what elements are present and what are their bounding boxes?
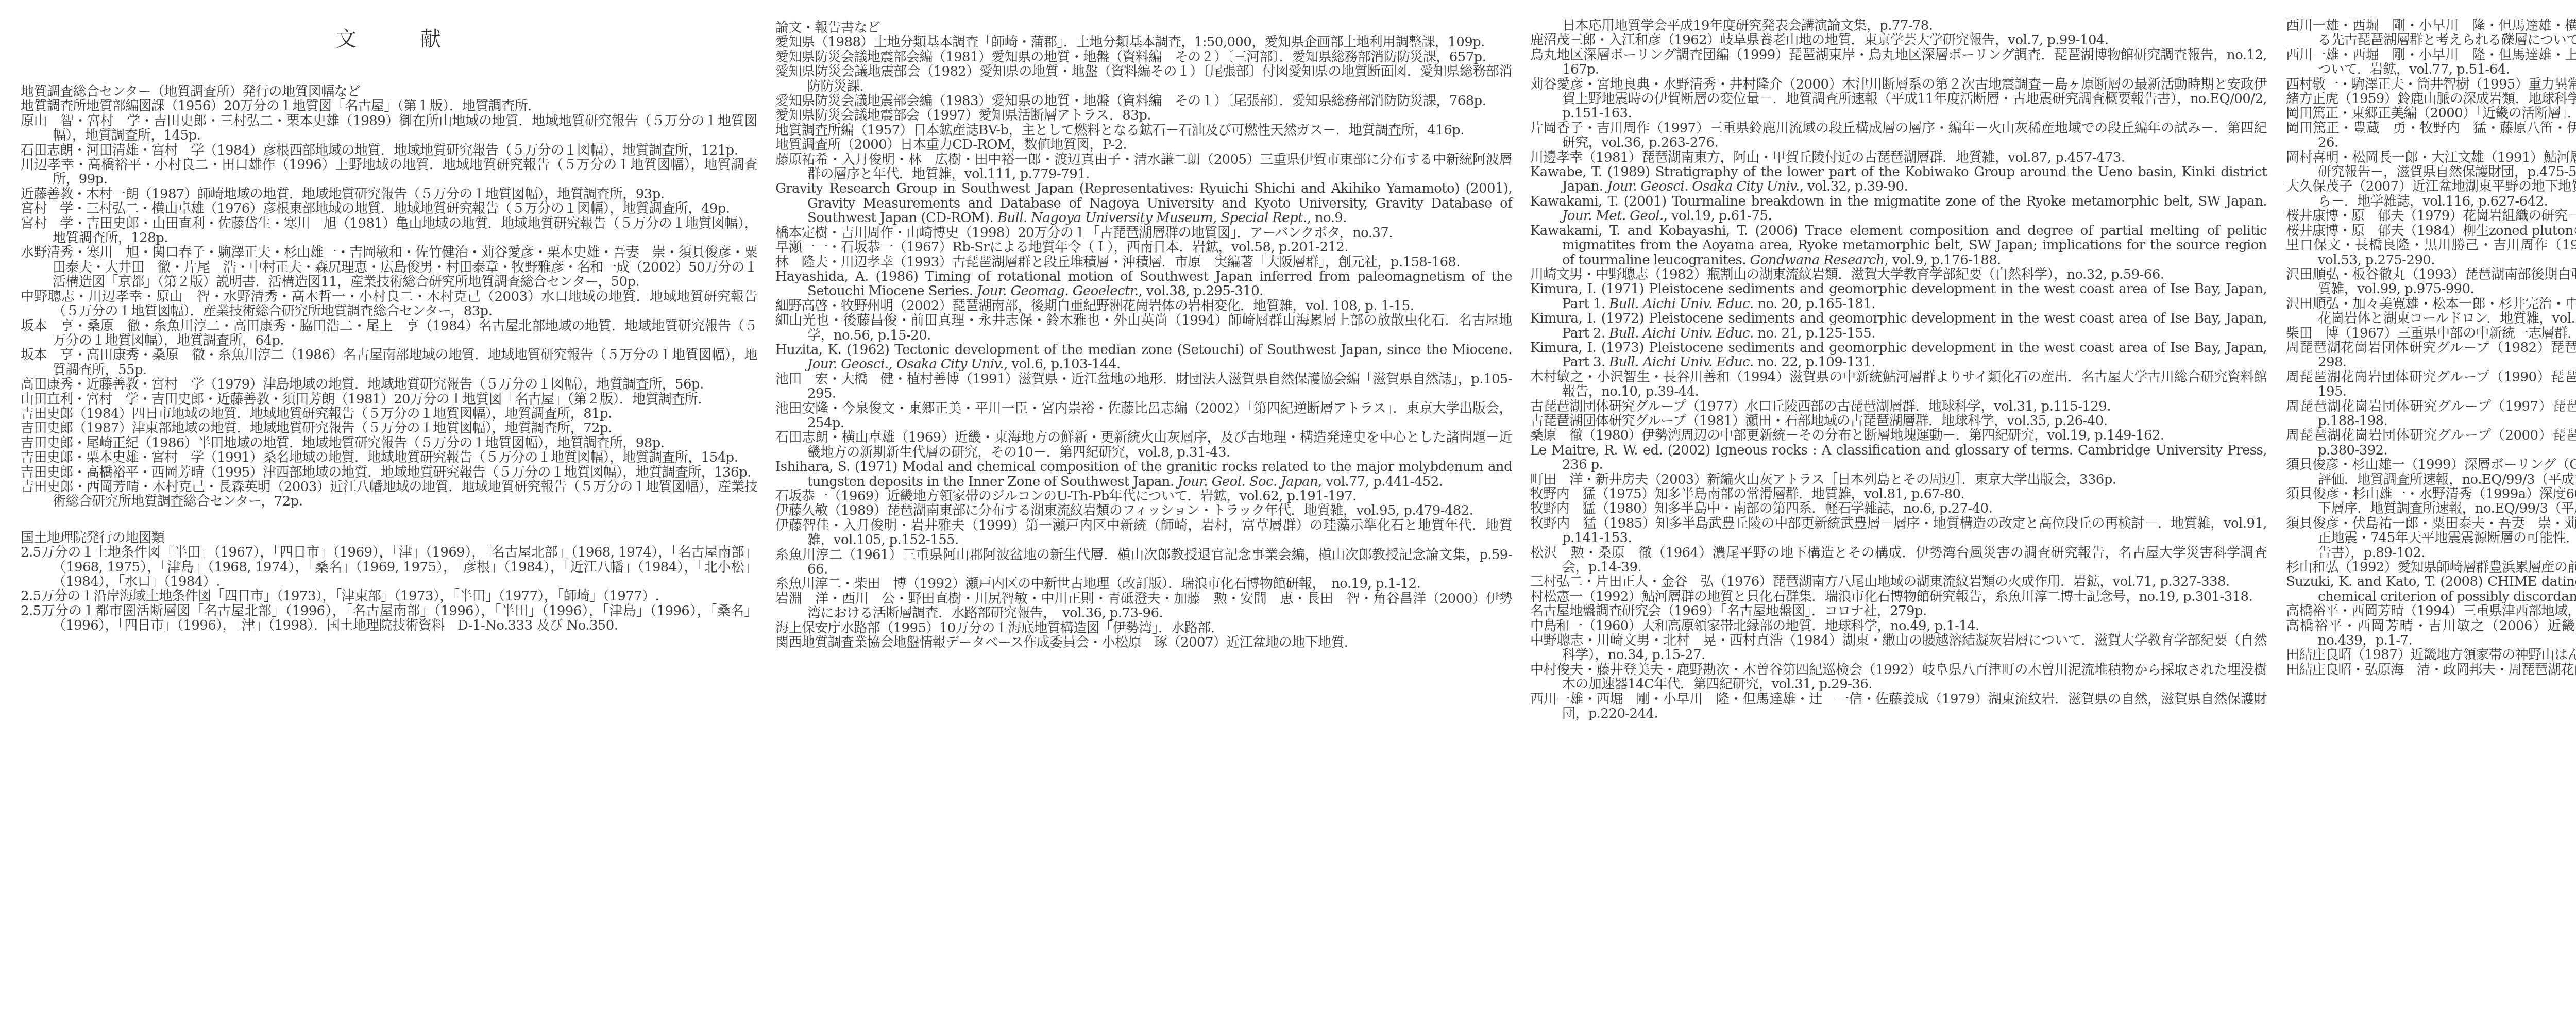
page-title: 文 献: [21, 27, 757, 52]
reference-entry: 愛知県防災会議地震部会（1982）愛知県の地質・地盤（資料編その１）〔尾張部〕付…: [775, 64, 1512, 94]
reference-entry: 川辺孝幸・高橋裕平・小村良二・田口雄作（1996）上野地域の地質．地域地質研究報…: [21, 158, 757, 187]
reference-entry: 糸魚川淳二・柴田 博（1992）瀬戸内区の中新世古地理（改訂版）．瑞浪市化石博物…: [775, 577, 1512, 591]
reference-entry: 橋本定樹・吉川周作・山崎博史（1998）20万分の１「古琵琶湖層群の地質図」．ア…: [775, 226, 1512, 240]
reference-entry: 桑原 徹（1980）伊勢湾周辺の中部更新統－その分布と断層地塊運動－．第四紀研究…: [1530, 428, 2267, 443]
reference-entry: 石田志朗・横山卓雄（1969）近畿・東海地方の鮮新・更新統火山灰層序，及び古地理…: [775, 430, 1512, 460]
journal-name: Jour. Geosci. Osaka City Univ.: [1607, 179, 1800, 194]
section-papers: 論文・報告書など愛知県（1988）土地分類基本調査「師崎・蒲郡」．土地分類基本調…: [775, 21, 1512, 650]
reference-entry: 杉山和弘（1992）愛知県師崎層群豊浜累層産の前期中新世放散虫化石．地質雑，vo…: [2286, 560, 2576, 575]
reference-entry: 宮村 学・三村弘二・横山卓雄（1976）彦根東部地域の地質．地域地質研究報告（５…: [21, 201, 757, 216]
section-heading: 地質調査総合センター（地質調査所）発行の地質図幅など: [21, 85, 757, 99]
reference-entry: 吉田史郎・西岡芳晴・木村克己・長森英明（2003）近江八幡地域の地質．地域地質研…: [21, 480, 757, 509]
reference-entry-continuation: 日本応用地質学会平成19年度研究発表会講演論文集，p.77-78.: [1530, 19, 2267, 33]
reference-entry: 川邊孝幸（1981）琵琶湖南東方，阿山・甲賀丘陵付近の古琵琶湖層群．地質雑，vo…: [1530, 150, 2267, 165]
reference-entry: Hayashida, A. (1986) Timing of rotationa…: [775, 270, 1512, 299]
column-1: 文 献 地質調査総合センター（地質調査所）発行の地質図幅など地質調査所地質部編図…: [21, 19, 757, 633]
reference-entry: 田結庄良昭（1987）近畿地方領家帯の神野山はんれい岩体．岩鉱，vol.82, …: [2286, 648, 2576, 662]
reference-entry: Gravity Research Group in Southwest Japa…: [775, 181, 1512, 225]
reference-entry: 吉田史郎（1984）四日市地域の地質．地域地質研究報告（５万分の１地質図幅），地…: [21, 407, 757, 421]
reference-entry: 愛知県防災会議地震部会編（1983）愛知県の地質・地盤（資料編 その１）〔尾張部…: [775, 94, 1512, 108]
journal-name: Bull. Aichi Univ. Educ.: [1609, 326, 1754, 341]
reference-entry: 愛知県防災会議地震部会編（1981）愛知県の地質・地盤（資料編 その２）〔三河部…: [775, 50, 1512, 64]
reference-entry: 里口保文・長橋良隆・黒川勝己・吉川周作（1999）本州中央部に分布する鮮新－下部…: [2286, 238, 2576, 267]
reference-entry: 桜井康博・原 郁夫（1979）花崗岩組織の研究－特に石英について－．地質学論集，…: [2286, 209, 2576, 223]
reference-entry: 牧野内 猛（1975）知多半島南部の常滑層群．地質雑，vol.81, p.67-…: [1530, 487, 2267, 501]
reference-entry: 西川一雄・西堀 剛・小早川 隆・但馬達雄・辻 一信・佐藤義成（1979）湖東流紋…: [1530, 692, 2267, 721]
reference-entry: 岩淵 洋・西川 公・野田直樹・川尻智敏・中川正則・青砥澄夫・加藤 勲・安間 恵・…: [775, 592, 1512, 621]
section-heading: 国土地理院発行の地図類: [21, 531, 757, 545]
reference-entry: 田結庄良昭・弘原海 清・政岡邦夫・周琵琶湖花崗岩団体研究グループ（1985）近畿…: [2286, 663, 2576, 677]
section-gsj-maps: 地質調査総合センター（地質調査所）発行の地質図幅など地質調査所地質部編図課（19…: [21, 85, 757, 509]
reference-entry: Kimura, I. (1971) Pleistocene sediments …: [1530, 282, 2267, 311]
journal-name: Jour. Geomag. Geoelectr.: [977, 283, 1138, 299]
reference-entry: 沢田順弘・板谷徹丸（1993）琵琶湖南部後期白亜紀環状花崗岩質岩体のK-Ar年代…: [2286, 267, 2576, 297]
reference-entry: 牧野内 猛（1985）知多半島武豊丘陵の中部更新統武豊層－層序・地質構造の改定と…: [1530, 516, 2267, 546]
reference-entry: 坂本 亨・高田康秀・桑原 徹・糸魚川淳二（1986）名古屋南部地域の地質．地域地…: [21, 348, 757, 377]
reference-entry: 2.5万分の１土地条件図「半田」（1967），「四日市」（1969），「津」（1…: [21, 545, 757, 589]
reference-entry: 周琵琶湖花崗岩団体研究グループ（1982）琵琶湖周辺の花崗岩質岩体－甲賀地方の花…: [2286, 341, 2576, 370]
reference-entry: 2.5万分の１沿岸海域土地条件図「四日市」（1973），「津東部」（1973），…: [21, 589, 757, 603]
reference-entry: 細山光也・後藤昌俊・前田真理・永井志保・鈴木雅也・外山英尚（1994）師崎層群山…: [775, 313, 1512, 343]
reference-entry: 細野高啓・牧野州明（2002）琵琶湖南部，後期白亜紀野洲花崗岩体の岩相変化．地質…: [775, 299, 1512, 313]
reference-entry: Le Maitre, R. W. ed. (2002) Igneous rock…: [1530, 443, 2267, 473]
reference-entry: 吉田史郎・高橋裕平・西岡芳晴（1995）津西部地域の地質．地域地質研究報告（５万…: [21, 465, 757, 480]
reference-entry: 伊藤久敏（1989）琵琶湖南東部に分布する湖東流紋岩類のフィッション・トラック年…: [775, 503, 1512, 518]
reference-entry: 愛知県（1988）土地分類基本調査「師崎・蒲郡」．土地分類基本調査，1:50,0…: [775, 35, 1512, 49]
reference-entry: 吉田史郎・栗本史雄・宮村 学（1991）桑名地域の地質．地域地質研究報告（５万分…: [21, 450, 757, 465]
reference-entry: 三村弘二・片田正人・金谷 弘（1976）琵琶湖南方八尾山地域の湖東流紋岩類の火成…: [1530, 575, 2267, 589]
reference-entry: 西川一雄・西堀 剛・小早川 隆・但馬達雄・上嶋正人・三村弘二・片田正人（1983…: [2286, 48, 2576, 77]
reference-entry: 石田志朗・河田清雄・宮村 学（1984）彦根西部地域の地質．地域地質研究報告（５…: [21, 143, 757, 158]
journal-name: Gondwana Research: [1750, 253, 1885, 268]
reference-entry: 鹿沼茂三郎・入江和彦（1962）岐阜県養老山地の地質．東京学芸大学研究報告，vo…: [1530, 33, 2267, 47]
reference-entry: 古琵琶湖団体研究グループ（1981）瀬田・石部地域の古琵琶湖層群．地球科学，vo…: [1530, 414, 2267, 428]
section-papers-cont-4: 西川一雄・西堀 剛・小早川 隆・但馬達雄・横山卓雄（1980）時代未詳の新第三紀…: [2286, 19, 2576, 677]
journal-name: Bull. Nagoya University Museum, Special …: [997, 210, 1307, 226]
reference-entry: 地質調査所地質部編図課（1956）20万分の１地質図「名古屋」（第１版）．地質調…: [21, 99, 757, 113]
reference-entry: 岡村喜明・松岡長一郎・大江文雄（1991）鮎河層群の化石 補遺．滋賀県自然誌編集…: [2286, 150, 2576, 180]
references-page: 文 献 地質調査総合センター（地質調査所）発行の地質図幅など地質調査所地質部編図…: [0, 0, 2576, 1026]
section-gsi-maps: 国土地理院発行の地図類2.5万分の１土地条件図「半田」（1967），「四日市」（…: [21, 531, 757, 633]
reference-entry: Kawakami, T. (2001) Tourmaline breakdown…: [1530, 194, 2267, 224]
reference-entry: 大久保茂子（2007）近江盆地湖東平野の地下地質層序と堆積環境－日野川～愛知川下…: [2286, 179, 2576, 209]
reference-entry: 緒方正虎（1959）鈴鹿山脈の深成岩類．地球科学，no.43, p.1-10.: [2286, 92, 2576, 106]
reference-entry: 牧野内 猛（1980）知多半島中・南部の第四系．軽石学雑誌，no.6, p.27…: [1530, 501, 2267, 516]
reference-entry: 山田直利・宮村 学・吉田史郎・近藤善教・須田芳朗（1981）20万分の１地質図「…: [21, 392, 757, 407]
reference-entry: 須貝俊彦・杉山雄一・水野清秀（1999a）深度600mボーリング（GS-NB-1…: [2286, 487, 2576, 516]
journal-name: Jour. Geosci., Osaka City Univ.: [807, 357, 1004, 372]
reference-entry: Kawakami, T. and Kobayashi, T. (2006) Tr…: [1530, 224, 2267, 267]
reference-entry: 伊藤智佳・入月俊明・岩井雅夫（1999）第一瀬戸内区中新統（師崎，岩村，富草層群…: [775, 518, 1512, 548]
reference-entry: 林 隆夫・川辺孝幸（1993）古琵琶湖層群と段丘堆積層・沖積層．市原 実編著「大…: [775, 255, 1512, 270]
reference-entry: 岡田篤正・豊蔵 勇・牧野内 猛・藤原八笛・伊藤 孝（2000）知多半島西岸沖の伊…: [2286, 121, 2576, 150]
reference-entry: 西村敬一・駒澤正夫・筒井智樹（1995）重力異常にみる琵琶湖の北進．月刊地球，号…: [2286, 77, 2576, 92]
column-2: 論文・報告書など愛知県（1988）土地分類基本調査「師崎・蒲郡」．土地分類基本調…: [775, 21, 1512, 650]
reference-entry: 周琵琶湖花崗岩団体研究グループ（1997）琵琶湖周辺の花崗岩類－その４．比良山地…: [2286, 399, 2576, 429]
column-4: 西川一雄・西堀 剛・小早川 隆・但馬達雄・横山卓雄（1980）時代未詳の新第三紀…: [2286, 19, 2576, 677]
reference-entry: 須貝俊彦・杉山雄一（1999）深層ボーリング（GS-NB-1）と大深度地震探査に…: [2286, 458, 2576, 487]
journal-name: Bull. Aichi Univ. Educ.: [1609, 296, 1754, 312]
reference-entry: 須貝俊彦・伏島祐一郎・粟田泰夫・吾妻 崇・苅谷愛彦・鈴木康弘（1999b）養老断…: [2286, 516, 2576, 560]
reference-entry: 松沢 勲・桑原 徹（1964）濃尾平野の地下構造とその構成．伊勢湾台風災害の調査…: [1530, 546, 2267, 575]
reference-entry: Ishihara, S. (1971) Modal and chemical c…: [775, 460, 1512, 489]
reference-entry: Kimura, I. (1972) Pleistocene sediments …: [1530, 311, 2267, 341]
reference-entry: 苅谷愛彦・宮地良典・水野清秀・井村隆介（2000）木津川断層系の第２次古地震調査…: [1530, 77, 2267, 121]
reference-entry: 中野聰志・川辺孝幸・原山 智・水野清秀・高木哲一・小村良二・木村克己（2003）…: [21, 290, 757, 319]
reference-entry: 古琵琶湖団体研究グループ（1977）水口丘陵西部の古琵琶湖層群．地球科学，vol…: [1530, 399, 2267, 414]
reference-entry: 原山 智・宮村 学・吉田史郎・三村弘二・栗本史雄（1989）御在所山地域の地質．…: [21, 114, 757, 143]
reference-entry: 名古屋地盤調査研究会（1969）「名古屋地盤図」．コロナ社，279p.: [1530, 604, 2267, 618]
reference-entry: 岡田篤正・東郷正美編（2000）「近畿の活断層」．東京大学出版会，395p.: [2286, 106, 2576, 121]
reference-entry: 池田安隆・今泉俊文・東郷正美・平川一臣・宮内崇裕・佐藤比呂志編（2002）「第四…: [775, 401, 1512, 431]
reference-entry: Kimura, I. (1973) Pleistocene sediments …: [1530, 341, 2267, 370]
reference-entry: Kawabe, T. (1989) Stratigraphy of the lo…: [1530, 165, 2267, 194]
reference-entry: 中村俊夫・藤井登美夫・鹿野勘次・木曽谷第四紀巡検会（1992）岐阜県八百津町の木…: [1530, 663, 2267, 692]
reference-entry: 村松憲一（1992）鮎河層群の地質と貝化石群集．瑞浪市化石博物館研究報告，糸魚川…: [1530, 590, 2267, 604]
reference-entry: 町田 洋・新井房夫（2003）新編火山灰アトラス［日本列島とその周辺］．東京大学…: [1530, 473, 2267, 487]
reference-entry: 池田 宏・大橋 健・植村善博（1991）滋賀県・近江盆地の地形．財団法人滋賀県自…: [775, 372, 1512, 401]
reference-entry: 中島和一（1960）大和高原領家帯北縁部の地質．地球科学，no.49, p.1-…: [1530, 619, 2267, 633]
reference-entry: 木村敏之・小沢智生・長谷川善和（1994）滋賀県の中新統鮎河層群よりサイ類化石の…: [1530, 370, 2267, 399]
reference-entry: 石坂恭一（1969）近畿地方領家帯のジルコンのU-Th-Pb年代について．岩鉱，…: [775, 489, 1512, 503]
reference-entry: 高田康秀・近藤善教・宮村 学（1979）津島地域の地質．地域地質研究報告（５万分…: [21, 377, 757, 392]
journal-name: Bull. Aichi Univ. Educ.: [1609, 355, 1754, 370]
reference-entry: 地質調査所編（1957）日本鉱産誌BV-b，主として燃料となる鉱石－石油及び可燃…: [775, 123, 1512, 138]
reference-entry: Suzuki, K. and Kato, T. (2008) CHIME dat…: [2286, 575, 2576, 604]
reference-entry: 藤原祐希・入月俊明・林 広樹・田中裕一郎・渡辺真由子・清水謙二朗（2005）三重…: [775, 153, 1512, 182]
reference-entry: 周琵琶湖花崗岩団体研究グループ（2000）琵琶湖周辺の花崗岩類－その５．田上地域…: [2286, 428, 2576, 458]
reference-entry: 西川一雄・西堀 剛・小早川 隆・但馬達雄・横山卓雄（1980）時代未詳の新第三紀…: [2286, 19, 2576, 48]
section-papers-cont-3: 日本応用地質学会平成19年度研究発表会講演論文集，p.77-78.鹿沼茂三郎・入…: [1530, 19, 2267, 721]
journal-name: Jour. Met. Geol.: [1562, 208, 1664, 224]
reference-entry: 地質調査所（2000）日本重力CD-ROM，数値地質図，P-2.: [775, 138, 1512, 152]
reference-entry: 高橋裕平・西岡芳晴（1994）三重県津西部地域，領家変成岩の斜長石双晶様式．岩鉱…: [2286, 604, 2576, 618]
reference-entry: 中野聰志・川崎文男・北村 晃・西村貞浩（1984）湖東・繖山の腰越溶結凝灰岩層に…: [1530, 633, 2267, 663]
section-heading: 論文・報告書など: [775, 21, 1512, 35]
reference-entry: 周琵琶湖花崗岩団体研究グループ（1990）琵琶湖周辺の花崗岩類－その２．鈴鹿花崗…: [2286, 370, 2576, 399]
reference-entry: 吉田史郎（1987）津東部地域の地質．地域地質研究報告（５万分の１地質図幅），地…: [21, 421, 757, 435]
reference-entry: 糸魚川淳二（1961）三重県阿山郡阿波盆地の新生代層．槇山次郎教授退官記念事業会…: [775, 548, 1512, 577]
reference-entry: 吉田史郎・尾崎正紀（1986）半田地域の地質．地域地質研究報告（５万分の１地質図…: [21, 436, 757, 450]
reference-entry: 片岡香子・吉川周作（1997）三重県鈴鹿川流域の段丘構成層の層序・編年－火山灰稀…: [1530, 121, 2267, 150]
reference-entry: 早瀬一一・石坂恭一（1967）Rb-Srによる地質年令（Ｉ），西南日本．岩鉱，v…: [775, 240, 1512, 255]
reference-entry: 近藤善教・木村一朗（1987）師崎地域の地質．地域地質研究報告（５万分の１地質図…: [21, 187, 757, 201]
reference-entry: 海上保安庁水路部（1995）10万分の１海底地質構造図「伊勢湾」．水路部．: [775, 621, 1512, 635]
reference-entry: 沢田順弘・加々美寛雄・松本一郎・杉井完治・中野聰志・周琵琶湖花崗岩団体研究グルー…: [2286, 297, 2576, 326]
reference-entry: 烏丸地区深層ボーリング調査団編（1999）琵琶湖東岸・烏丸地区深層ボーリング調査…: [1530, 48, 2267, 77]
reference-entry: 高橋裕平・西岡芳晴・吉川敏之（2006）近畿中京地域地質総括図（火成岩類）．地質…: [2286, 619, 2576, 648]
reference-entry: 関西地質調査業協会地盤情報データベース作成委員会・小松原 琢（2007）近江盆地…: [775, 635, 1512, 650]
column-3: 日本応用地質学会平成19年度研究発表会講演論文集，p.77-78.鹿沼茂三郎・入…: [1530, 19, 2267, 721]
reference-entry: 柴田 博（1967）三重県中部の中新統一志層群．地質雑，vol.73, p.33…: [2286, 326, 2576, 341]
reference-entry: 水野清秀・寒川 旭・関口春子・駒澤正夫・杉山雄一・吉岡敏和・佐竹健治・苅谷愛彦・…: [21, 245, 757, 289]
reference-entry: Huzita, K. (1962) Tectonic development o…: [775, 343, 1512, 372]
journal-name: Jour. Geol. Soc. Japan: [1178, 474, 1318, 490]
section-divider: [21, 509, 757, 531]
reference-entry: 川崎文男・中野聰志（1982）瓶割山の湖東流紋岩類．滋賀大学教育学部紀要（自然科…: [1530, 267, 2267, 282]
reference-entry: 愛知県防災会議地震部会（1997）愛知県活断層アトラス．83p.: [775, 108, 1512, 123]
reference-entry: 2.5万分の１都市圏活断層図「名古屋北部」（1996），「名古屋南部」（1996…: [21, 604, 757, 633]
reference-entry: 坂本 亨・桑原 徹・糸魚川淳二・高田康秀・脇田浩二・尾上 亨（1984）名古屋北…: [21, 319, 757, 348]
reference-entry: 桜井康博・原 郁夫（1984）柳生zoned plutonの貫入－流動機構．MA…: [2286, 224, 2576, 238]
reference-entry: 宮村 学・吉田史郎・山田直利・佐藤岱生・寒川 旭（1981）亀山地域の地質．地域…: [21, 216, 757, 246]
